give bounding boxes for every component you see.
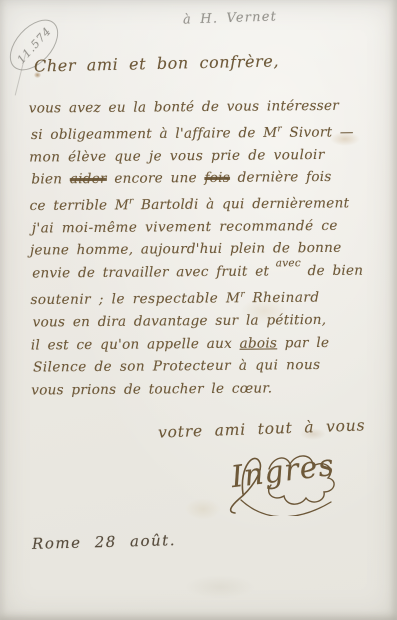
letter-text-segment: bien bbox=[31, 171, 70, 187]
letter-text-segment: abois bbox=[239, 335, 277, 351]
letter-text-segment: mon élève que je vous prie de vouloir bbox=[29, 146, 325, 165]
letter-line: il est ce qu'on appelle aux abois par le bbox=[31, 331, 381, 357]
letter-text-segment: jeune homme, aujourd'hui plein de bonne bbox=[30, 240, 342, 259]
letter-dateline: Rome 28 août. bbox=[32, 531, 176, 553]
recipient-annotation: à H. Vernet bbox=[183, 9, 278, 27]
letter-text-segment: dernière fois bbox=[230, 169, 332, 186]
letter-salutation: Cher ami et bon confrère, bbox=[34, 51, 279, 75]
letter-page: 11.574 à H. Vernet Cher ami et bon confr… bbox=[0, 0, 397, 620]
letter-text-segment: si obligeamment à l'affaire de M bbox=[31, 124, 278, 142]
letter-text-segment: aider bbox=[70, 171, 107, 187]
letter-text-segment: encore une bbox=[107, 170, 205, 187]
letter-text-segment: fois bbox=[204, 170, 230, 186]
letter-line: bien aider encore une fois dernière fois bbox=[31, 166, 379, 192]
letter-text-segment: Silence de son Protecteur à qui nous bbox=[33, 357, 321, 376]
letter-line: si obligeamment à l'affaire de Mr Sivort… bbox=[31, 117, 379, 146]
letter-text-segment: j'ai moi-même vivement recommandé ce bbox=[32, 217, 338, 236]
letter-line: vous en dira davantage sur la pétition, bbox=[33, 309, 381, 335]
letter-line: vous prions de toucher le cœur. bbox=[31, 376, 381, 402]
letter-line: ce terrible Mr Bartoldi à qui dernièreme… bbox=[29, 188, 379, 217]
letter-line: vous avez eu la bonté de vous intéresser bbox=[29, 94, 379, 120]
letter-text-segment: Rheinard bbox=[245, 290, 320, 307]
letter-line: Silence de son Protecteur à qui nous bbox=[33, 354, 381, 380]
stain bbox=[185, 575, 255, 599]
letter-text-segment: Bartoldi à qui dernièrement bbox=[133, 195, 349, 213]
letter-text-segment: envie de travailler avec fruit et bbox=[32, 263, 277, 281]
letter-line: j'ai moi-même vivement recommandé ce bbox=[32, 214, 380, 240]
letter-line: soutenir ; le respectable Mr Rheinard bbox=[30, 283, 380, 312]
letter-text-segment: avec bbox=[276, 257, 301, 269]
letter-text-segment: ce terrible M bbox=[30, 197, 130, 214]
letter-text-segment: soutenir ; le respectable M bbox=[30, 290, 240, 308]
letter-text-segment: de bien bbox=[300, 262, 363, 279]
letter-text-segment: il est ce qu'on appelle aux bbox=[31, 335, 240, 353]
letter-text-segment: vous avez eu la bonté de vous intéresser bbox=[29, 98, 339, 117]
letter-text-segment: vous prions de toucher le cœur. bbox=[31, 380, 272, 398]
letter-body: vous avez eu la bonté de vous intéresser… bbox=[29, 94, 382, 401]
letter-line: jeune homme, aujourd'hui plein de bonne bbox=[30, 237, 380, 263]
letter-text-segment: par le bbox=[277, 335, 329, 351]
letter-line: envie de travailler avec fruit et avec d… bbox=[32, 259, 380, 286]
letter-text-segment: Sivort — bbox=[282, 124, 354, 141]
letter-line: mon élève que je vous prie de vouloir bbox=[29, 143, 379, 169]
letter-text-segment: vous en dira davantage sur la pétition, bbox=[33, 312, 327, 331]
signature-block: Ingres bbox=[205, 436, 355, 516]
